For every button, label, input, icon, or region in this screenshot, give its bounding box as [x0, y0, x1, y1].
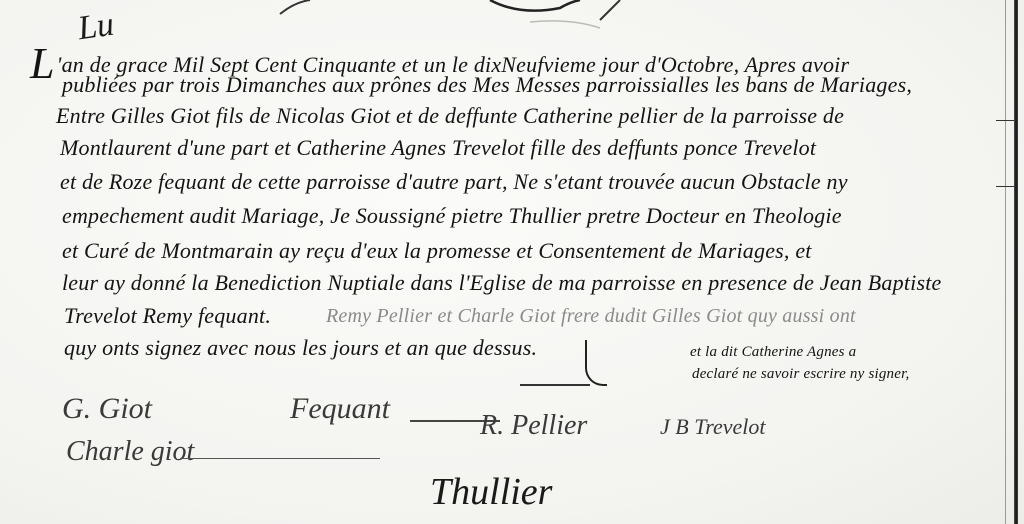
scanned-document-page: Lu L'an de grace Mil Sept Cent Cinquante… [0, 0, 1024, 524]
body-line-9: Trevelot Remy fequant. [64, 303, 271, 329]
body-line-6: empechement audit Mariage, Je Soussigné … [62, 203, 842, 229]
margin-tick-2 [996, 186, 1014, 187]
body-line-4: Montlaurent d'une part et Catherine Agne… [60, 135, 816, 161]
charle-giot-flourish [180, 458, 380, 459]
margin-tick-1 [996, 120, 1014, 121]
signature-jb-trevelot: J B Trevelot [660, 414, 766, 440]
side-note-line-2: declaré ne savoir escrire ny signer, [692, 366, 909, 383]
page-border [1014, 0, 1018, 524]
signature-thullier: Thullier [430, 470, 552, 514]
signature-r-pellier: R. Pellier [480, 410, 587, 442]
top-cutoff-flourish-icon [240, 0, 680, 36]
body-line-2: publiées par trois Dimanches aux prônes … [62, 72, 912, 98]
decorated-initial: L [30, 39, 55, 88]
closing-flourish-stroke [520, 384, 590, 386]
signature-charle-giot: Charle giot [66, 436, 194, 468]
side-note-line-1: et la dit Catherine Agnes a [690, 344, 856, 361]
signature-fequant: Fequant [290, 392, 390, 426]
body-line-3: Entre Gilles Giot fils de Nicolas Giot e… [56, 103, 844, 129]
body-line-8: leur ay donné la Benediction Nuptiale da… [62, 270, 941, 296]
body-line-7: et Curé de Montmarain ay reçu d'eux la p… [62, 238, 812, 264]
page-edge-line [1005, 0, 1006, 524]
signature-g-giot: G. Giot [62, 392, 152, 426]
insertion-bracket [585, 340, 607, 386]
body-line-5: et de Roze fequant de cette parroisse d'… [60, 169, 848, 195]
body-line-10: quy onts signez avec nous les jours et a… [64, 335, 537, 361]
faint-witness-insertion: Remy Pellier et Charle Giot frere dudit … [326, 305, 856, 328]
